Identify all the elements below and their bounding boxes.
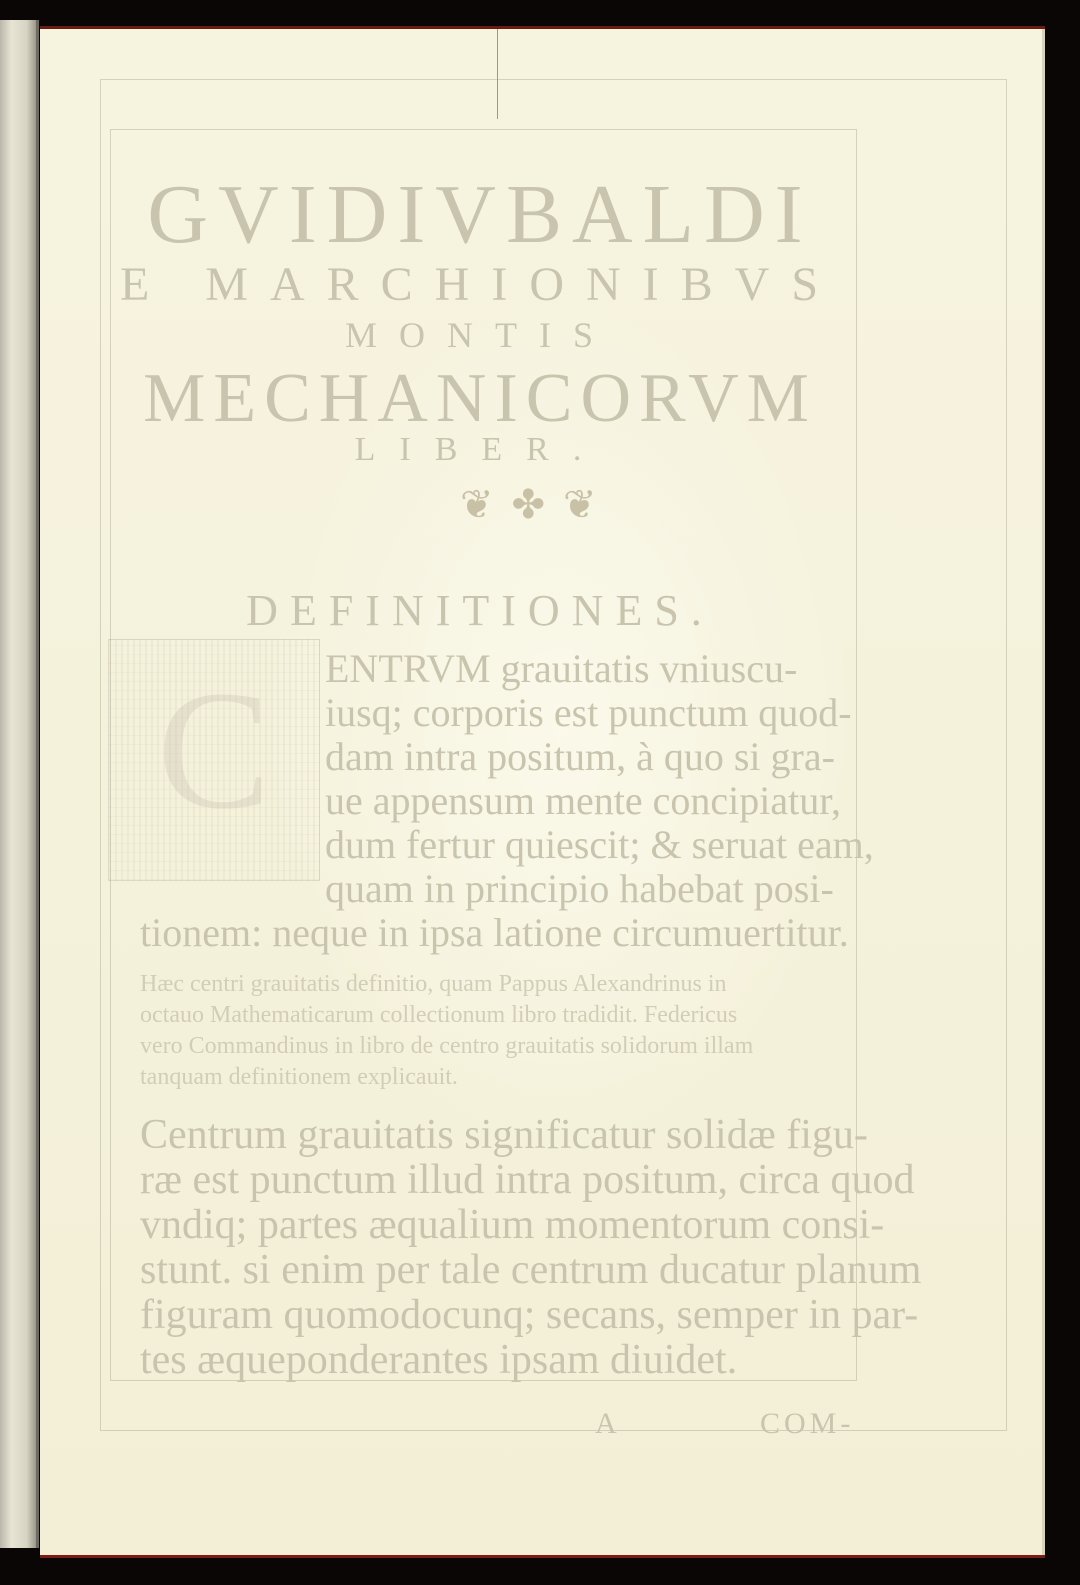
title-line-family: E MARCHIONIBVS <box>100 257 860 313</box>
text-line: ENTRVM grauitatis vniuscu- <box>325 647 874 691</box>
woodcut-initial: C <box>108 639 320 881</box>
title-line-author: GVIDIVBALDI <box>100 169 860 261</box>
text-line: quam in principio habebat posi- <box>325 867 874 911</box>
title-line-work: MECHANICORVM <box>100 359 860 439</box>
fleuron-ornament-icon: ❦ ✤ ❦ <box>460 481 601 528</box>
binding-edge <box>36 20 39 1548</box>
title-line-liber: LIBER. <box>100 429 860 471</box>
text-line: vndiq; partes æqualium momentorum consi- <box>140 1203 921 1248</box>
catchword: COM- <box>760 1407 854 1441</box>
definition-paragraph: ENTRVM grauitatis vniuscu-iusq; corporis… <box>325 647 874 911</box>
title-line-montis: MONTIS <box>100 315 860 355</box>
annotation-note: Hæc centri grauitatis definitio, quam Pa… <box>140 969 910 1093</box>
note-line: octauo Mathematicarum collectionum libro… <box>140 1000 910 1031</box>
note-line: tanquam definitionem explicauit. <box>140 1062 910 1093</box>
book-binding <box>0 20 38 1548</box>
book-page: GVIDIVBALDI E MARCHIONIBVS MONTIS MECHAN… <box>40 26 1045 1558</box>
text-line: Centrum grauitatis significatur solidæ f… <box>140 1113 921 1158</box>
text-line: dam intra positum, à quo si gra- <box>325 735 874 779</box>
body-paragraph: Centrum grauitatis significatur solidæ f… <box>140 1113 921 1383</box>
section-heading: DEFINITIONES. <box>100 585 860 636</box>
signature-mark: A <box>595 1407 621 1441</box>
text-line: dum fertur quiescit; & seruat eam, <box>325 823 874 867</box>
definition-last-line: tionem: neque in ipsa latione circumuert… <box>140 911 849 955</box>
initial-letter: C <box>109 650 319 850</box>
note-line: vero Commandinus in libro de centro grau… <box>140 1031 910 1062</box>
text-line: ue appensum mente concipiatur, <box>325 779 874 823</box>
text-line: figuram quomodocunq; secans, semper in p… <box>140 1293 921 1338</box>
note-line: Hæc centri grauitatis definitio, quam Pa… <box>140 969 910 1000</box>
text-line: iusq; corporis est punctum quod- <box>325 691 874 735</box>
text-line: tes æqueponderantes ipsam diuidet. <box>140 1338 921 1383</box>
text-line: ræ est punctum illud intra positum, circ… <box>140 1158 921 1203</box>
text-line: stunt. si enim per tale centrum ducatur … <box>140 1248 921 1293</box>
